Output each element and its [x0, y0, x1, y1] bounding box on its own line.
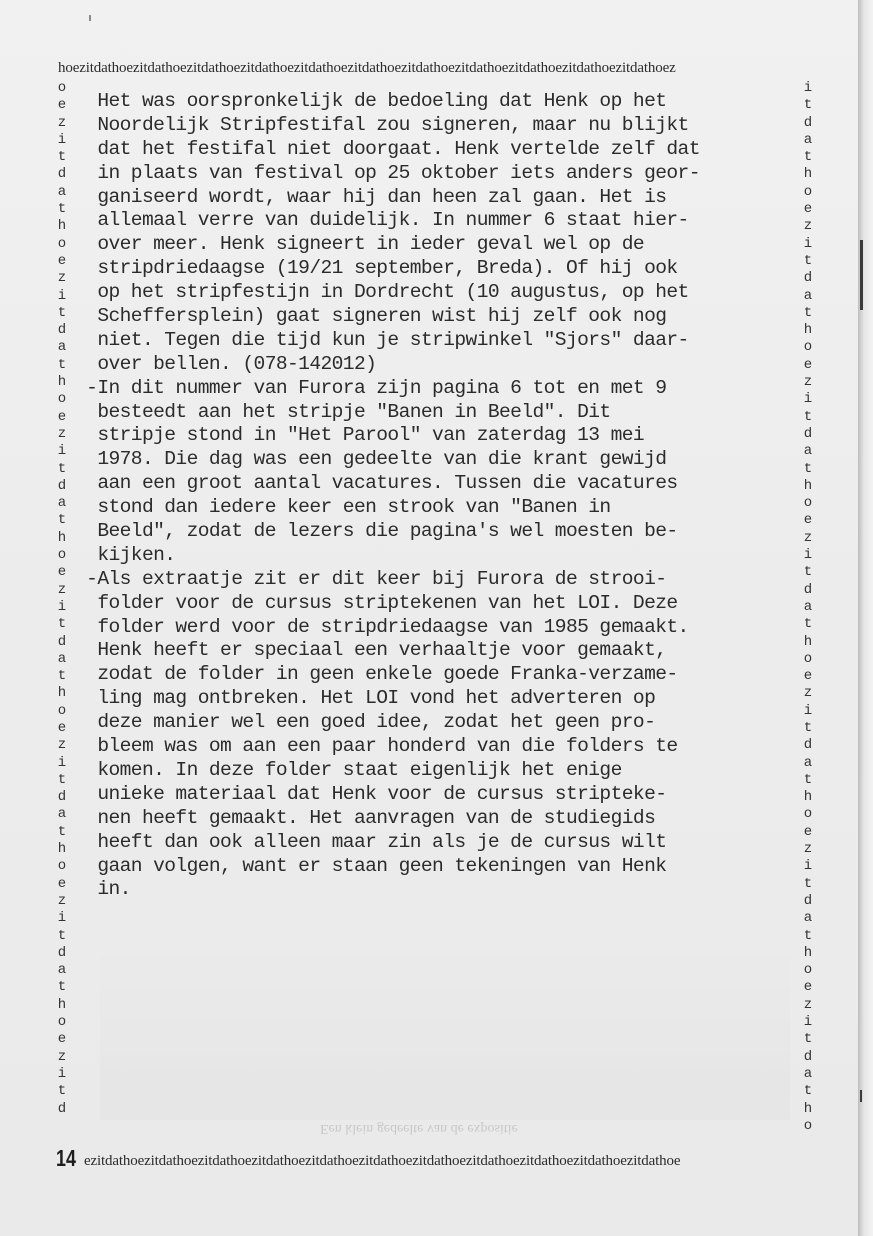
border-letter: i [55, 755, 69, 772]
text-line: -In dit nummer van Furora zijn pagina 6 … [75, 377, 795, 401]
border-letter: e [801, 357, 815, 374]
border-letter: e [55, 97, 69, 114]
border-letter: h [801, 1101, 815, 1118]
decorative-border-top: hoezitdathoezitdathoezitdathoezitdathoez… [58, 60, 676, 77]
text-line: op het stripfestijn in Dordrecht (10 aug… [75, 281, 795, 305]
text-line: folder werd voor de stripdriedaagse van … [75, 616, 795, 640]
border-letter: a [55, 962, 69, 979]
text-line: gaan volgen, want er staan geen tekening… [75, 855, 795, 879]
border-letter: t [55, 824, 69, 841]
text-line: heeft dan ook alleen maar zin als je de … [75, 831, 795, 855]
border-letter: t [801, 616, 815, 633]
text-line: Het was oorspronkelijk de bedoeling dat … [75, 90, 795, 114]
border-letter: a [55, 651, 69, 668]
border-letter: h [801, 945, 815, 962]
border-letter: e [801, 824, 815, 841]
text-line: ling mag ontbreken. Het LOI vond het adv… [75, 687, 795, 711]
border-letter: d [801, 426, 815, 443]
text-line: Scheffersplein) gaat signeren wist hij z… [75, 305, 795, 329]
border-letter: i [801, 1014, 815, 1031]
text-line: bleem was om aan een paar honderd van di… [75, 735, 795, 759]
border-letter: i [55, 443, 69, 460]
border-letter: t [801, 305, 815, 322]
text-line: over meer. Henk signeert in ieder geval … [75, 233, 795, 257]
border-letter: a [55, 495, 69, 512]
border-letter: i [801, 80, 815, 97]
decorative-border-left: oezitdathoezitdathoezitdathoezitdathoezi… [55, 80, 69, 1118]
bleed-through-area [100, 940, 790, 1120]
border-letter: t [801, 1031, 815, 1048]
border-letter: h [801, 322, 815, 339]
border-letter: i [801, 547, 815, 564]
paragraph: -Als extraatje zit er dit keer bij Furor… [75, 568, 795, 902]
text-line: stripje stond in "Het Parool" van zaterd… [75, 424, 795, 448]
border-letter: a [801, 443, 815, 460]
paragraph: Het was oorspronkelijk de bedoeling dat … [75, 90, 795, 377]
text-line: unieke materiaal dat Henk voor de cursus… [75, 783, 795, 807]
text-line: deze manier wel een goed idee, zodat het… [75, 711, 795, 735]
border-letter: h [801, 634, 815, 651]
border-letter: z [55, 270, 69, 287]
border-letter: a [55, 184, 69, 201]
border-letter: i [801, 236, 815, 253]
border-letter: h [55, 218, 69, 235]
text-line: ganiseerd wordt, waar hij dan heen zal g… [75, 186, 795, 210]
text-line: -Als extraatje zit er dit keer bij Furor… [75, 568, 795, 592]
border-letter: o [801, 806, 815, 823]
text-line: stripdriedaagse (19/21 september, Breda)… [75, 257, 795, 281]
border-letter: e [55, 720, 69, 737]
border-letter: t [55, 616, 69, 633]
border-letter: d [55, 634, 69, 651]
border-letter: h [55, 997, 69, 1014]
border-letter: t [801, 149, 815, 166]
border-letter: o [55, 547, 69, 564]
decorative-border-bottom: ezitdathoezitdathoezitdathoezitdathoezit… [84, 1153, 680, 1170]
border-letter: t [801, 461, 815, 478]
bleed-through-caption: Een klein gedeelte van de expositie [320, 1120, 518, 1136]
border-letter: t [55, 1083, 69, 1100]
border-letter: t [801, 1083, 815, 1100]
border-letter: t [801, 772, 815, 789]
border-letter: d [801, 893, 815, 910]
text-line: in. [75, 878, 795, 902]
border-letter: o [55, 236, 69, 253]
border-letter: a [801, 288, 815, 305]
border-letter: z [801, 685, 815, 702]
border-letter: i [801, 858, 815, 875]
text-line: in plaats van festival op 25 oktober iet… [75, 162, 795, 186]
border-letter: t [55, 928, 69, 945]
border-letter: z [55, 426, 69, 443]
text-line: Beeld", zodat de lezers die pagina's wel… [75, 520, 795, 544]
border-letter: t [801, 97, 815, 114]
border-letter: t [55, 201, 69, 218]
border-letter: o [801, 651, 815, 668]
text-line: zodat de folder in geen enkele goede Fra… [75, 663, 795, 687]
border-letter: t [801, 564, 815, 581]
text-line: Henk heeft er speciaal een verhaaltje vo… [75, 639, 795, 663]
border-letter: o [55, 1014, 69, 1031]
border-letter: a [801, 132, 815, 149]
border-letter: i [801, 703, 815, 720]
border-letter: t [55, 512, 69, 529]
border-letter: h [801, 478, 815, 495]
edge-mark [860, 240, 863, 310]
border-letter: d [55, 478, 69, 495]
border-letter: z [801, 530, 815, 547]
page-edge-shadow [858, 0, 873, 1236]
border-letter: h [55, 374, 69, 391]
text-line: folder voor de cursus striptekenen van h… [75, 592, 795, 616]
border-letter: z [801, 218, 815, 235]
border-letter: o [801, 339, 815, 356]
border-letter: h [801, 789, 815, 806]
border-letter: a [801, 910, 815, 927]
border-letter: e [801, 201, 815, 218]
border-letter: h [55, 841, 69, 858]
border-letter: o [55, 80, 69, 97]
border-letter: i [55, 599, 69, 616]
border-letter: e [55, 564, 69, 581]
border-letter: z [55, 115, 69, 132]
border-letter: h [801, 166, 815, 183]
scan-speck [89, 15, 91, 21]
border-letter: d [55, 322, 69, 339]
border-letter: e [55, 253, 69, 270]
border-letter: o [801, 495, 815, 512]
border-letter: z [801, 841, 815, 858]
border-letter: d [801, 270, 815, 287]
border-letter: i [55, 288, 69, 305]
border-letter: t [801, 720, 815, 737]
text-line: over bellen. (078-142012) [75, 353, 795, 377]
border-letter: e [801, 979, 815, 996]
border-letter: a [801, 755, 815, 772]
border-letter: t [55, 305, 69, 322]
border-letter: a [801, 1066, 815, 1083]
border-letter: h [55, 530, 69, 547]
border-letter: e [55, 1031, 69, 1048]
text-line: besteedt aan het stripje "Banen in Beeld… [75, 401, 795, 425]
text-line: dat het festifal niet doorgaat. Henk ver… [75, 138, 795, 162]
text-line: kijken. [75, 544, 795, 568]
border-letter: t [801, 876, 815, 893]
border-letter: e [55, 409, 69, 426]
border-letter: z [55, 582, 69, 599]
border-letter: a [55, 806, 69, 823]
border-letter: d [801, 582, 815, 599]
border-letter: d [55, 166, 69, 183]
border-letter: d [55, 945, 69, 962]
border-letter: e [55, 876, 69, 893]
paragraph: -In dit nummer van Furora zijn pagina 6 … [75, 377, 795, 568]
border-letter: i [801, 391, 815, 408]
text-line: Noordelijk Stripfestifal zou signeren, m… [75, 114, 795, 138]
decorative-border-right: itdathoezitdathoezitdathoezitdathoezitda… [801, 80, 815, 1135]
page-number: 14 [56, 1145, 76, 1172]
border-letter: z [55, 737, 69, 754]
text-line: aan een groot aantal vacatures. Tussen d… [75, 472, 795, 496]
border-letter: o [55, 703, 69, 720]
border-letter: o [55, 858, 69, 875]
border-letter: o [801, 1118, 815, 1135]
border-letter: t [55, 461, 69, 478]
border-letter: d [801, 737, 815, 754]
border-letter: d [801, 1049, 815, 1066]
border-letter: z [55, 893, 69, 910]
border-letter: t [55, 772, 69, 789]
text-line: 1978. Die dag was een gedeelte van die k… [75, 448, 795, 472]
border-letter: t [55, 668, 69, 685]
border-letter: e [801, 512, 815, 529]
border-letter: t [55, 149, 69, 166]
border-letter: i [55, 910, 69, 927]
border-letter: i [55, 132, 69, 149]
border-letter: t [55, 357, 69, 374]
text-line: komen. In deze folder staat eigenlijk he… [75, 759, 795, 783]
border-letter: e [801, 668, 815, 685]
border-letter: d [55, 789, 69, 806]
border-letter: i [55, 1066, 69, 1083]
text-line: allemaal verre van duidelijk. In nummer … [75, 209, 795, 233]
border-letter: t [801, 409, 815, 426]
border-letter: t [801, 928, 815, 945]
border-letter: t [801, 253, 815, 270]
border-letter: z [55, 1049, 69, 1066]
border-letter: h [55, 685, 69, 702]
border-letter: o [801, 184, 815, 201]
border-letter: z [801, 374, 815, 391]
text-line: stond dan iedere keer een strook van "Ba… [75, 496, 795, 520]
border-letter: t [55, 979, 69, 996]
border-letter: d [801, 115, 815, 132]
border-letter: a [55, 339, 69, 356]
border-letter: o [55, 391, 69, 408]
border-letter: z [801, 997, 815, 1014]
text-line: nen heeft gemaakt. Het aanvragen van de … [75, 807, 795, 831]
edge-mark [860, 1090, 862, 1102]
border-letter: a [801, 599, 815, 616]
article-body: Het was oorspronkelijk de bedoeling dat … [75, 90, 795, 902]
border-letter: o [801, 962, 815, 979]
border-letter: d [55, 1101, 69, 1118]
text-line: niet. Tegen die tijd kun je stripwinkel … [75, 329, 795, 353]
